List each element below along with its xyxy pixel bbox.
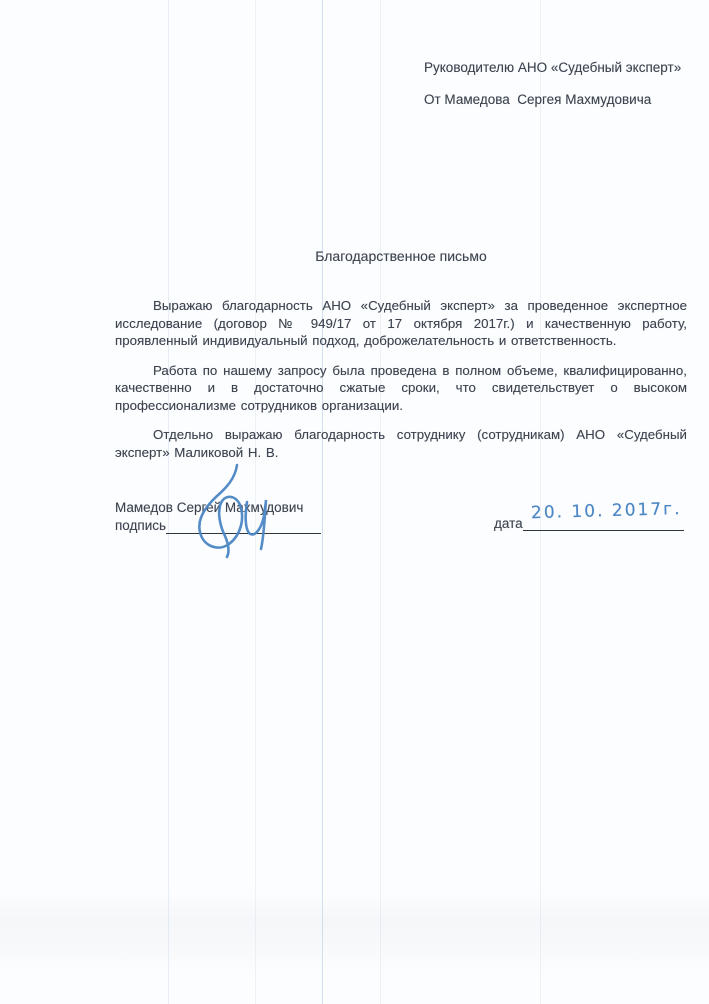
sender-line: От Мамедова Сергея Махмудовича: [424, 92, 681, 108]
scan-noise-band: [0, 893, 709, 971]
signature-ink: [192, 458, 278, 560]
body-paragraph-1: Выражаю благодарность АНО «Судебный эксп…: [115, 297, 687, 350]
letter-body: Выражаю благодарность АНО «Судебный эксп…: [115, 297, 687, 473]
body-paragraph-2: Работа по нашему запросу была проведена …: [115, 362, 687, 415]
letter-title: Благодарственное письмо: [115, 248, 687, 264]
signature-label: подпись: [115, 517, 166, 534]
body-paragraph-3: Отдельно выражаю благодарность сотрудник…: [115, 426, 687, 461]
recipient-line: Руководителю АНО «Судебный эксперт»: [424, 60, 681, 76]
scanned-letter-page: Руководителю АНО «Судебный эксперт» От М…: [0, 0, 709, 1004]
date-label: дата: [494, 516, 523, 531]
scan-fold-line: [380, 0, 381, 1004]
scan-fold-line: [322, 0, 323, 1004]
letter-header: Руководителю АНО «Судебный эксперт» От М…: [424, 60, 681, 108]
